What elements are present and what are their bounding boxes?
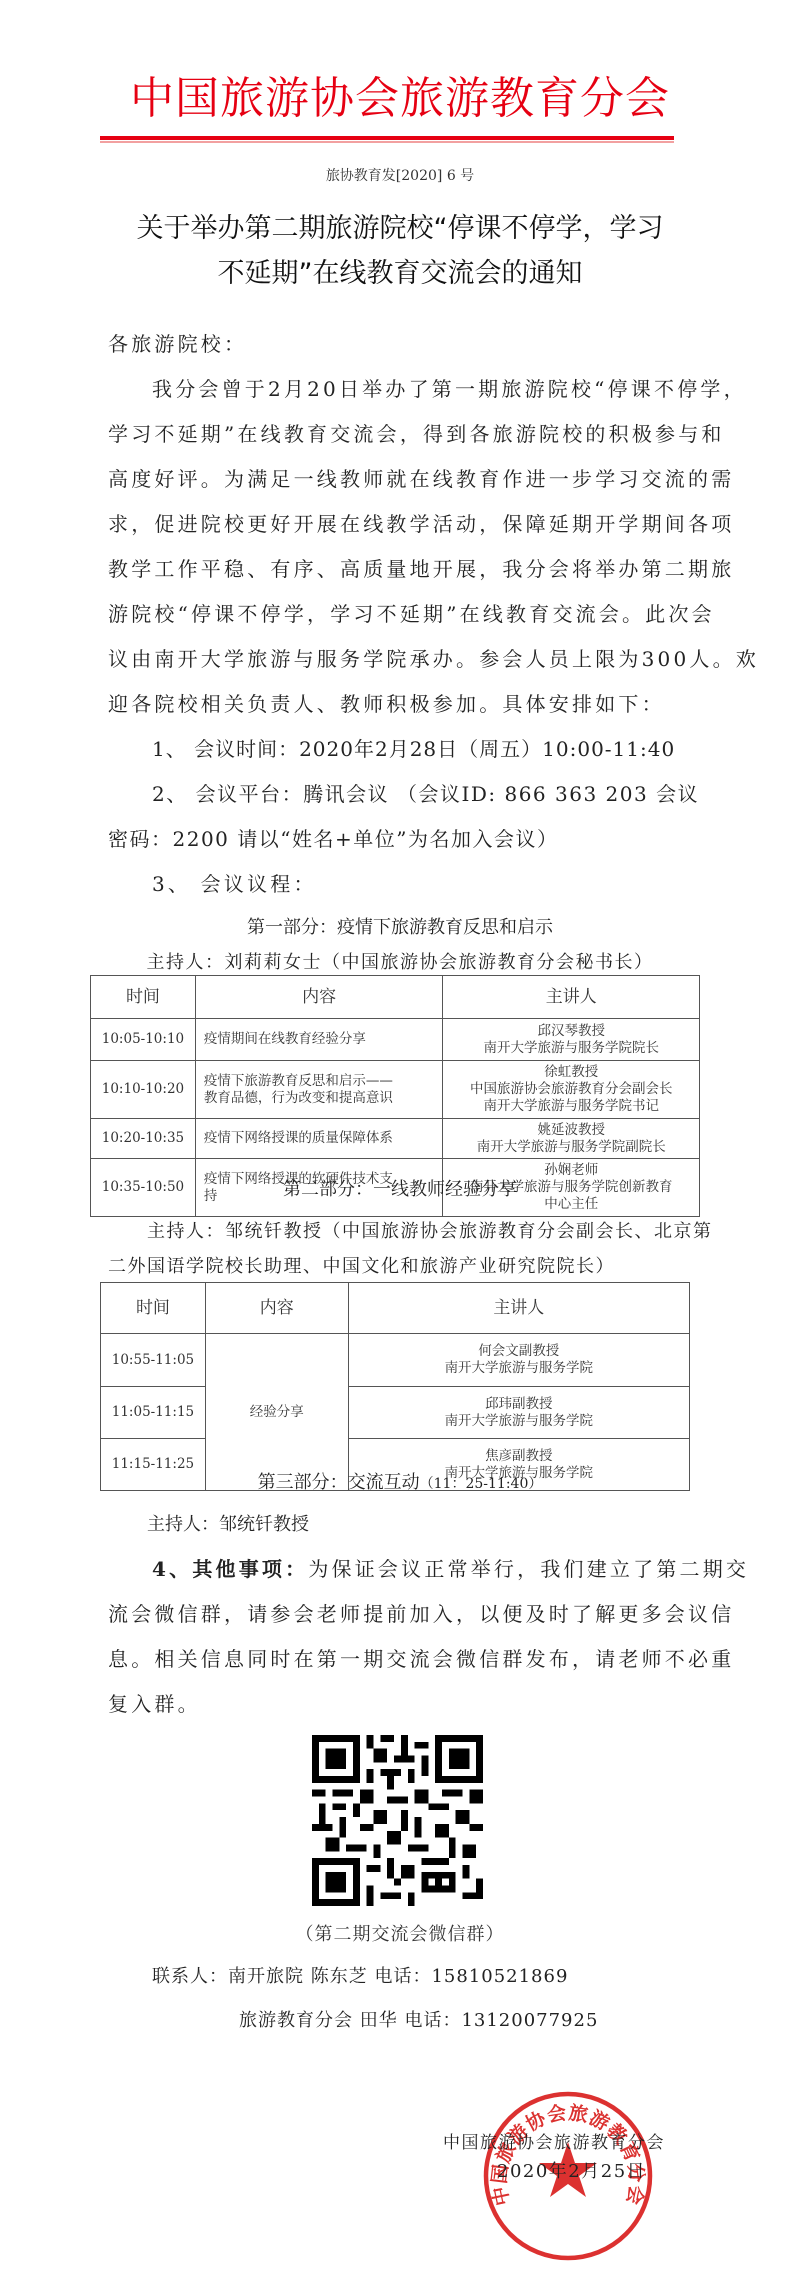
part2-host-line-1: 主持人：邹统钎教授（中国旅游协会旅游教育分会副会长、北京第 xyxy=(147,1217,713,1243)
table-row: 10:05-10:10 疫情期间在线教育经验分享 邱汉琴教授南开大学旅游与服务学… xyxy=(91,1019,700,1061)
cell-time: 10:05-10:10 xyxy=(91,1019,196,1061)
cell-content: 疫情下网络授课的质量保障体系 xyxy=(195,1119,443,1159)
table-row: 11:05-11:15 邱玮副教授南开大学旅游与服务学院 xyxy=(101,1387,690,1439)
part1-title: 第一部分：疫情下旅游教育反思和启示 xyxy=(0,913,800,939)
document-number: 旅协教育发[2020] 6 号 xyxy=(0,165,800,185)
intro-line: 求，促进院校更好开展在线教学活动，保障延期开学期间各项 xyxy=(108,508,734,537)
intro-line: 议由南开大学旅游与服务学院承办。参会人员上限为300人。欢 xyxy=(108,643,759,672)
table-row: 10:10-10:20 疫情下旅游教育反思和启示——教育品德，行为改变和提高意识… xyxy=(91,1061,700,1119)
intro-line: 高度好评。为满足一线教师就在线教育作进一步学习交流的需 xyxy=(108,463,734,492)
contact-line-1: 联系人：南开旅院 陈东芝 电话：15810521869 xyxy=(152,1962,568,1988)
part3-host: 主持人：邹统钎教授 xyxy=(147,1510,309,1536)
qr-caption: （第二期交流会微信群） xyxy=(0,1920,800,1946)
meeting-agenda-heading: 3、 会议议程： xyxy=(152,868,317,897)
intro-line: 迎各院校相关负责人、教师积极参加。具体安排如下： xyxy=(108,688,665,717)
cell-speaker: 何会文副教授南开大学旅游与服务学院 xyxy=(348,1334,689,1387)
part3-title-text: 第三部分：交流互动 xyxy=(258,1472,420,1493)
intro-line: 游院校“停课不停学，学习不延期”在线教育交流会。此次会 xyxy=(108,598,715,627)
cell-speaker: 邱玮副教授南开大学旅游与服务学院 xyxy=(348,1387,689,1439)
document-title-line-2: 不延期”在线教育交流会的通知 xyxy=(0,251,800,290)
table-header-row: 时间 内容 主讲人 xyxy=(101,1283,690,1334)
cell-speaker: 姚延波教授南开大学旅游与服务学院副院长 xyxy=(443,1119,700,1159)
cell-time: 10:55-11:05 xyxy=(101,1334,206,1387)
letterhead-red-rule xyxy=(100,136,674,140)
table-header-row: 时间 内容 主讲人 xyxy=(91,976,700,1019)
other-matters-text: 为保证会议正常举行，我们建立了第二期交 xyxy=(308,1557,749,1581)
table-row: 10:20-10:35 疫情下网络授课的质量保障体系 姚延波教授南开大学旅游与服… xyxy=(91,1119,700,1159)
signature-org: 中国旅游协会旅游教育分会 xyxy=(443,2128,665,2153)
salutation: 各旅游院校： xyxy=(108,328,247,357)
other-matters-label: 4、其他事项： xyxy=(152,1557,308,1581)
signature-date: 2020年2月25日 xyxy=(497,2157,646,2183)
meeting-platform-line-2: 密码：2200 请以“姓名+单位”为名加入会议） xyxy=(108,823,558,852)
table-row: 10:55-11:05 经验分享 何会文副教授南开大学旅游与服务学院 xyxy=(101,1334,690,1387)
part2-title: 第二部分：一线教师经验分享 xyxy=(0,1175,800,1201)
part1-host: 主持人：刘莉莉女士（中国旅游协会旅游教育分会秘书长） xyxy=(0,948,800,974)
other-matters-line: 复入群。 xyxy=(108,1688,201,1717)
column-header-time: 时间 xyxy=(101,1283,206,1334)
part2-agenda-table: 时间 内容 主讲人 10:55-11:05 经验分享 何会文副教授南开大学旅游与… xyxy=(100,1282,690,1491)
cell-content: 疫情下旅游教育反思和启示——教育品德，行为改变和提高意识 xyxy=(195,1061,443,1119)
part2-host-line-2: 二外国语学院校长助理、中国文化和旅游产业研究院院长） xyxy=(108,1252,615,1278)
cell-content-merged: 经验分享 xyxy=(205,1334,348,1491)
letterhead-org-name: 中国旅游协会旅游教育分会 xyxy=(0,62,800,126)
cell-speaker: 徐虹教授中国旅游协会旅游教育分会副会长南开大学旅游与服务学院书记 xyxy=(443,1061,700,1119)
cell-time: 11:05-11:15 xyxy=(101,1387,206,1439)
other-matters-line: 流会微信群，请参会老师提前加入，以便及时了解更多会议信 xyxy=(108,1598,734,1627)
meeting-platform-line-1: 2、 会议平台：腾讯会议 （会议ID: 866 363 203 会议 xyxy=(152,778,699,807)
column-header-content: 内容 xyxy=(205,1283,348,1334)
part3-time: （11：25-11:40） xyxy=(420,1476,543,1492)
cell-time: 10:10-10:20 xyxy=(91,1061,196,1119)
column-header-speaker: 主讲人 xyxy=(443,976,700,1019)
intro-line: 学习不延期”在线教育交流会，得到各旅游院校的积极参与和 xyxy=(108,418,725,447)
contact-line-2: 旅游教育分会 田华 电话：13120077925 xyxy=(239,2006,598,2032)
column-header-speaker: 主讲人 xyxy=(348,1283,689,1334)
intro-line: 教学工作平稳、有序、高质量地开展，我分会将举办第二期旅 xyxy=(108,553,734,582)
part3-title: 第三部分：交流互动（11：25-11:40） xyxy=(0,1468,800,1494)
letterhead-red-rule-thin xyxy=(100,141,674,143)
column-header-content: 内容 xyxy=(195,976,443,1019)
meeting-time: 1、 会议时间：2020年2月28日（周五）10:00-11:40 xyxy=(152,733,675,762)
cell-content: 疫情期间在线教育经验分享 xyxy=(195,1019,443,1061)
other-matters-line-1: 4、其他事项：为保证会议正常举行，我们建立了第二期交 xyxy=(152,1553,749,1582)
intro-line: 我分会曾于2月20日举办了第一期旅游院校“停课不停学， xyxy=(152,373,747,402)
other-matters-line: 息。相关信息同时在第一期交流会微信群发布，请老师不必重 xyxy=(108,1643,734,1672)
column-header-time: 时间 xyxy=(91,976,196,1019)
cell-speaker: 邱汉琴教授南开大学旅游与服务学院院长 xyxy=(443,1019,700,1061)
qr-code-icon xyxy=(312,1735,483,1906)
document-title-line-1: 关于举办第二期旅游院校“停课不停学，学习 xyxy=(0,206,800,245)
cell-time: 10:20-10:35 xyxy=(91,1119,196,1159)
